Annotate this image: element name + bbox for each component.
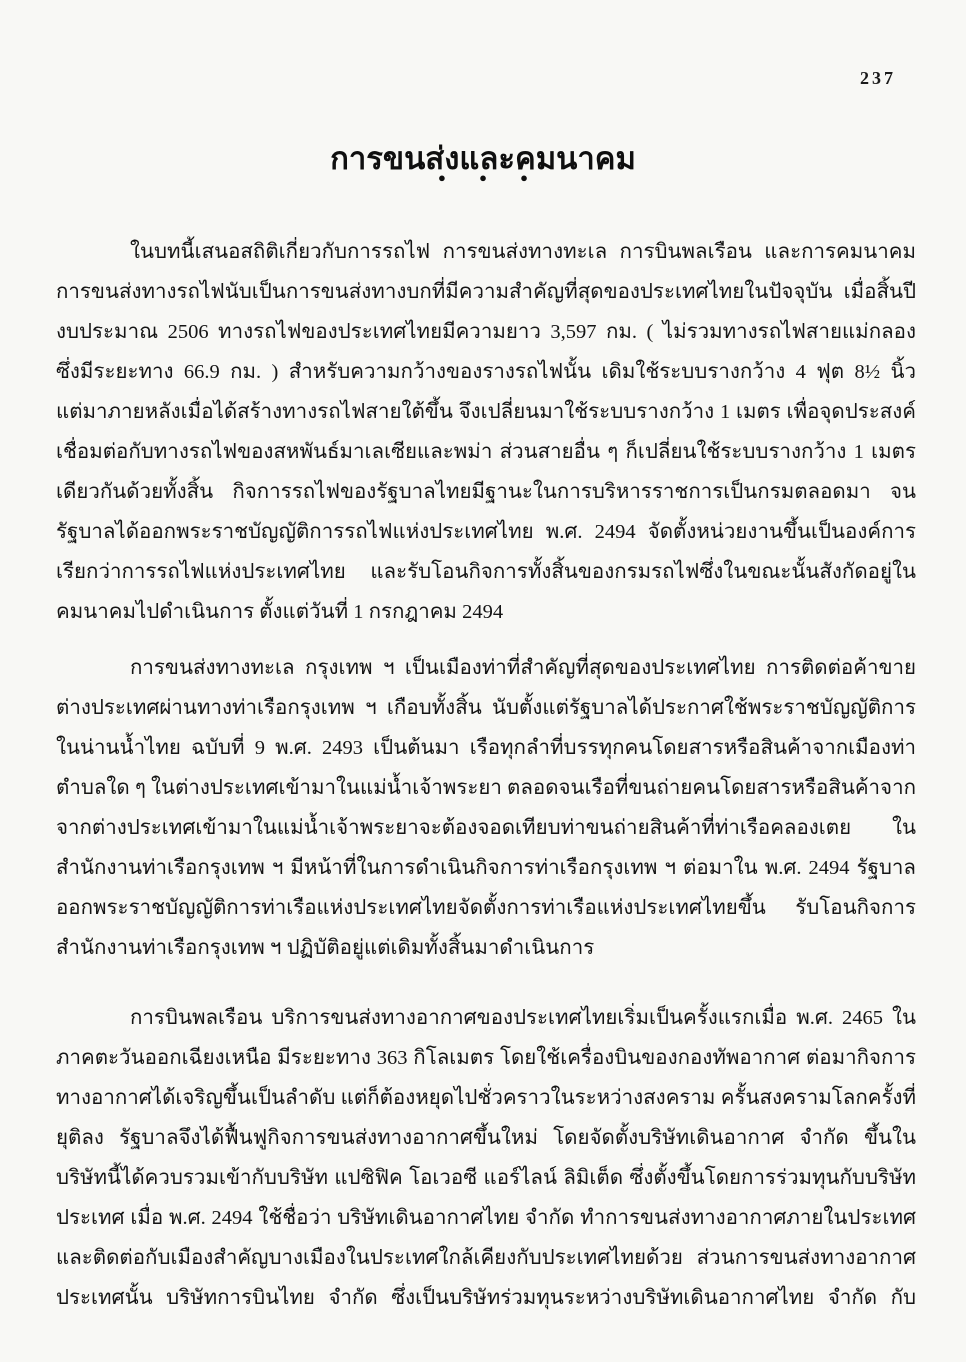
text-line: การขนส่งทางทะเล กรุงเทพ ฯ เป็นเมืองท่าที… [56,648,916,688]
scanned-document-page: { "page": { "number": "237", "title": "ก… [0,0,966,1362]
text-line: ต่างประเทศผ่านทางท่าเรือกรุงเทพ ฯ เกือบท… [56,688,916,728]
paragraph: ในบทนี้เสนอสถิติเกี่ยวกับการรถไฟ การขนส่… [56,232,916,632]
text-line: สำนักงานท่าเรือกรุงเทพ ฯ ปฏิบัติอยู่แต่เ… [56,928,916,968]
text-line: ออกพระราชบัญญัติการท่าเรือแห่งประเทศไทยจ… [56,888,916,928]
text-line: ประเทศ เมื่อ พ.ศ. 2494 ใช้ชื่อว่า บริษัท… [56,1198,916,1238]
text-line: จากต่างประเทศเข้ามาในแม่น้ำเจ้าพระยาจะต้… [56,808,916,848]
paragraph: การขนส่งทางทะเล กรุงเทพ ฯ เป็นเมืองท่าที… [56,648,916,968]
text-line: ทางอากาศได้เจริญขึ้นเป็นลำดับ แต่ก็ต้องห… [56,1078,916,1118]
text-line: สำนักงานท่าเรือกรุงเทพ ฯ มีหน้าที่ในการด… [56,848,916,888]
text-line: ภาคตะวันออกเฉียงเหนือ มีระยะทาง 363 กิโล… [56,1038,916,1078]
text-line: ประเทศนั้น บริษัทการบินไทย จำกัด ซึ่งเป็… [56,1278,916,1318]
text-line: และติดต่อกับเมืองสำคัญบางเมืองในประเทศใก… [56,1238,916,1278]
paragraph: การบินพลเรือน บริการขนส่งทางอากาศของประเ… [56,998,916,1318]
text-line: แต่มาภายหลังเมื่อได้สร้างทางรถไฟสายใต้ขึ… [56,392,916,432]
text-line: ในน่านน้ำไทย ฉบับที่ 9 พ.ศ. 2493 เป็นต้น… [56,728,916,768]
text-line: งบประมาณ 2506 ทางรถไฟของประเทศไทยมีความย… [56,312,916,352]
text-line: การบินพลเรือน บริการขนส่งทางอากาศของประเ… [56,998,916,1038]
text-line: ตำบลใด ๆ ในต่างประเทศเข้ามาในแม่น้ำเจ้าพ… [56,768,916,808]
text-line: คมนาคมไปดำเนินการ ตั้งแต่วันที่ 1 กรกฎาค… [56,592,916,632]
text-line: ยุติลง รัฐบาลจึงได้ฟื้นฟูกิจการขนส่งทางอ… [56,1118,916,1158]
text-line: ในบทนี้เสนอสถิติเกี่ยวกับการรถไฟ การขนส่… [56,232,916,272]
text-line: เรียกว่าการรถไฟแห่งประเทศไทย และรับโอนกิ… [56,552,916,592]
text-line: การขนส่งทางรถไฟนับเป็นการขนส่งทางบกที่มี… [56,272,916,312]
separator-dots-icon: ● ● ● [0,170,966,186]
page-number: 237 [860,68,896,89]
text-line: ซึ่งมีระยะทาง 66.9 กม. ) สำหรับความกว้าง… [56,352,916,392]
text-line: เดียวกันด้วยทั้งสิ้น กิจการรถไฟของรัฐบาล… [56,472,916,512]
document-body: ในบทนี้เสนอสถิติเกี่ยวกับการรถไฟ การขนส่… [56,232,916,1318]
text-line: รัฐบาลได้ออกพระราชบัญญัติการรถไฟแห่งประเ… [56,512,916,552]
text-line: เชื่อมต่อกับทางรถไฟของสหพันธ์มาเลเซียและ… [56,432,916,472]
text-line: บริษัทนี้ได้ควบรวมเข้ากับบริษัท แปซิฟิค … [56,1158,916,1198]
